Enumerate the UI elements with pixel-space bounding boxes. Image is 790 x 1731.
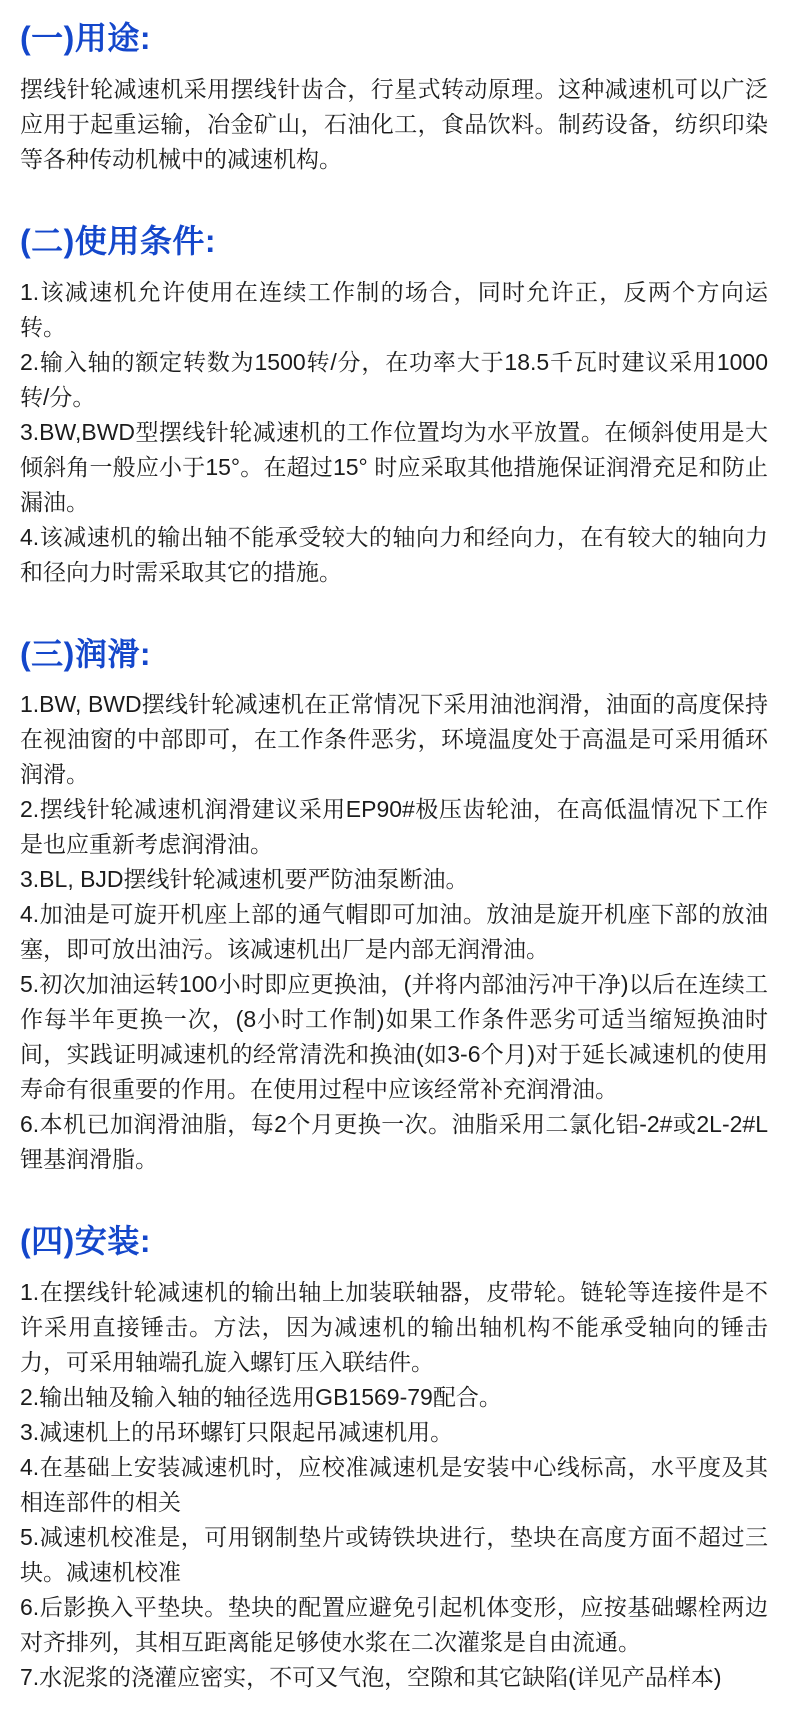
section-heading: (四)安装: [20,1223,768,1260]
paragraph: 3.BW,BWD型摆线针轮减速机的工作位置均为水平放置。在倾斜使用是大倾斜角一般… [20,415,768,520]
section-heading: (一)用途: [20,20,768,57]
section-heading: (二)使用条件: [20,223,768,260]
paragraph: 5.减速机校准是，可用钢制垫片或铸铁块进行，垫块在高度方面不超过三块。减速机校准 [20,1520,768,1590]
reducer-product-description-document: (一)用途:摆线针轮减速机采用摆线针齿合，行星式转动原理。这种减速机可以广泛应用… [0,0,790,1731]
section-heading: (三)润滑: [20,636,768,673]
paragraph: 摆线针轮减速机采用摆线针齿合，行星式转动原理。这种减速机可以广泛应用于起重运输，… [20,72,768,177]
paragraph: 7.水泥浆的浇灌应密实，不可又气泡，空隙和其它缺陷(详见产品样本) [20,1660,768,1695]
paragraph: 2.摆线针轮减速机润滑建议采用EP90#极压齿轮油，在高低温情况下工作是也应重新… [20,792,768,862]
paragraph: 2.输出轴及输入轴的轴径选用GB1569-79配合。 [20,1380,768,1415]
paragraph: 6.后影换入平垫块。垫块的配置应避免引起机体变形，应按基础螺栓两边对齐排列，其相… [20,1590,768,1660]
paragraph: 2.输入轴的额定转数为1500转/分，在功率大于18.5千瓦时建议采用1000转… [20,345,768,415]
section-2: (二)使用条件:1.该减速机允许使用在连续工作制的场合，同时允许正，反两个方向运… [20,223,768,590]
section-4: (四)安装:1.在摆线针轮减速机的输出轴上加装联轴器，皮带轮。链轮等连接件是不许… [20,1223,768,1695]
paragraph: 1.该减速机允许使用在连续工作制的场合，同时允许正，反两个方向运转。 [20,275,768,345]
paragraph: 5.初次加油运转100小时即应更换油，(并将内部油污冲干净)以后在连续工作每半年… [20,967,768,1107]
paragraph: 4.该减速机的输出轴不能承受较大的轴向力和经向力，在有较大的轴向力和径向力时需采… [20,520,768,590]
section-3: (三)润滑:1.BW, BWD摆线针轮减速机在正常情况下采用油池润滑，油面的高度… [20,636,768,1178]
section-1: (一)用途:摆线针轮减速机采用摆线针齿合，行星式转动原理。这种减速机可以广泛应用… [20,20,768,177]
paragraph: 1.BW, BWD摆线针轮减速机在正常情况下采用油池润滑，油面的高度保持在视油窗… [20,687,768,792]
paragraph: 4.加油是可旋开机座上部的通气帽即可加油。放油是旋开机座下部的放油塞，即可放出油… [20,897,768,967]
document-sections: (一)用途:摆线针轮减速机采用摆线针齿合，行星式转动原理。这种减速机可以广泛应用… [20,20,768,1695]
paragraph: 3.减速机上的吊环螺钉只限起吊减速机用。 [20,1415,768,1450]
paragraph: 4.在基础上安装减速机时，应校准减速机是安装中心线标高，水平度及其相连部件的相关 [20,1450,768,1520]
paragraph: 3.BL, BJD摆线针轮减速机要严防油泵断油。 [20,862,768,897]
paragraph: 1.在摆线针轮减速机的输出轴上加装联轴器，皮带轮。链轮等连接件是不许采用直接锤击… [20,1275,768,1380]
paragraph: 6.本机已加润滑油脂，每2个月更换一次。油脂采用二氯化铝-2#或2L-2#L锂基… [20,1107,768,1177]
